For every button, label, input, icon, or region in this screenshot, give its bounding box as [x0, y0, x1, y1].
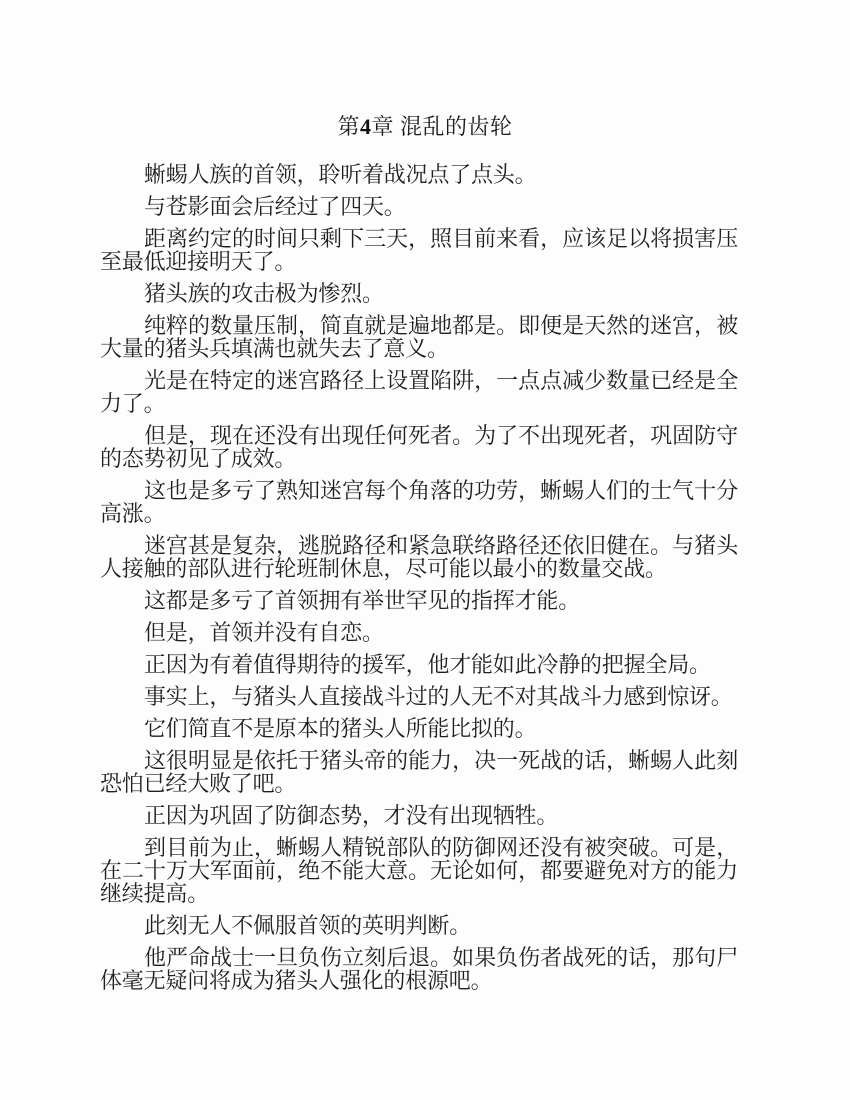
paragraph: 此刻无人不佩服首领的英明判断。 — [100, 914, 738, 937]
paragraph: 它们简直不是原本的猪头人所能比拟的。 — [100, 717, 738, 740]
chapter-title-prefix: 第 — [337, 114, 360, 139]
paragraph: 这很明显是依托于猪头帝的能力，决一死战的话，蜥蜴人此刻恐怕已经大败了吧。 — [100, 749, 738, 795]
paragraph: 距离约定的时间只剩下三天，照目前来看，应该足以将损害压至最低迎接明天了。 — [100, 227, 738, 273]
paragraph: 事实上，与猪头人直接战斗过的人无不对其战斗力感到惊讶。 — [100, 685, 738, 708]
paragraph: 与苍影面会后经过了四天。 — [100, 195, 738, 218]
paragraph: 正因为巩固了防御态势，才没有出现牺牲。 — [100, 804, 738, 827]
paragraph: 蜥蜴人族的首领，聆听着战况点了点头。 — [100, 163, 738, 186]
paragraph: 这也是多亏了熟知迷宫每个角落的功劳，蜥蜴人们的士气十分高涨。 — [100, 479, 738, 525]
document-page: 第4章 混乱的齿轮 蜥蜴人族的首领，聆听着战况点了点头。与苍影面会后经过了四天。… — [0, 0, 850, 1100]
paragraph: 猪头族的攻击极为惨烈。 — [100, 282, 738, 305]
paragraph: 他严命战士一旦负伤立刻后退。如果负伤者战死的话，那句尸体毫无疑问将成为猪头人强化… — [100, 946, 738, 992]
chapter-title-suffix: 章 混乱的齿轮 — [372, 114, 513, 139]
paragraph: 光是在特定的迷宫路径上设置陷阱，一点点减少数量已经是全力了。 — [100, 369, 738, 415]
paragraph: 迷宫甚是复杂，逃脱路径和紧急联络路径还依旧健在。与猪头人接触的部队进行轮班制休息… — [100, 534, 738, 580]
paragraph: 这都是多亏了首领拥有举世罕见的指挥才能。 — [100, 589, 738, 612]
paragraph: 但是，现在还没有出现任何死者。为了不出现死者，巩固防守的态势初见了成效。 — [100, 424, 738, 470]
chapter-title: 第4章 混乱的齿轮 — [0, 114, 850, 140]
paragraph: 正因为有着值得期待的援军，他才能如此冷静的把握全局。 — [100, 653, 738, 676]
paragraph: 纯粹的数量压制，简直就是遍地都是。即便是天然的迷宫，被大量的猪头兵填满也就失去了… — [100, 314, 738, 360]
paragraph: 但是，首领并没有自恋。 — [100, 621, 738, 644]
chapter-body: 蜥蜴人族的首领，聆听着战况点了点头。与苍影面会后经过了四天。距离约定的时间只剩下… — [100, 163, 738, 1001]
chapter-title-number: 4 — [360, 114, 372, 139]
paragraph: 到目前为止，蜥蜴人精锐部队的防御网还没有被突破。可是，在二十万大军面前，绝不能大… — [100, 836, 738, 905]
